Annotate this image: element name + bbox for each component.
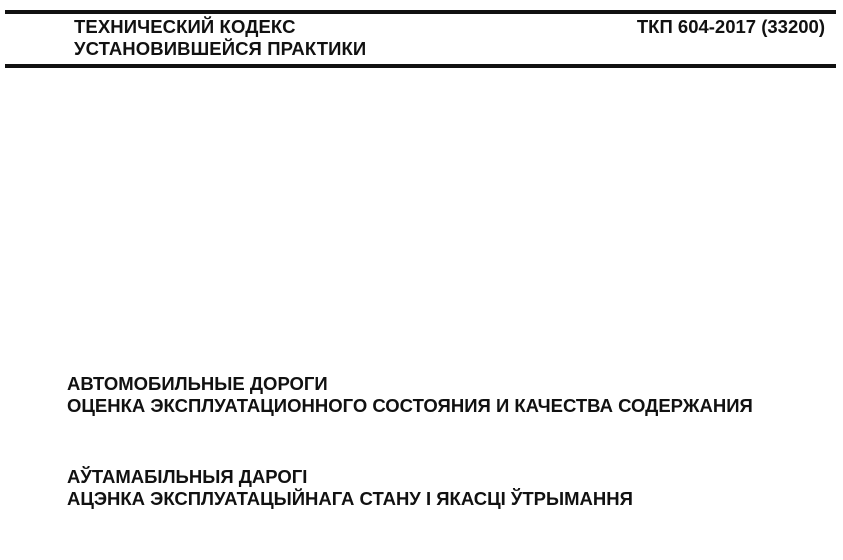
title-russian-line-1: АВТОМОБИЛЬНЫЕ ДОРОГИ xyxy=(67,373,753,395)
title-belarusian-line-2: АЦЭНКА ЭКСПЛУАТАЦЫЙНАГА СТАНУ І ЯКАСЦІ Ў… xyxy=(67,488,633,510)
document-type-line-1: ТЕХНИЧЕСКИЙ КОДЕКС xyxy=(74,16,366,38)
title-russian-line-2: ОЦЕНКА ЭКСПЛУАТАЦИОННОГО СОСТОЯНИЯ И КАЧ… xyxy=(67,395,753,417)
title-belarusian-line-1: АЎТАМАБІЛЬНЫЯ ДАРОГІ xyxy=(67,466,633,488)
title-russian: АВТОМОБИЛЬНЫЕ ДОРОГИ ОЦЕНКА ЭКСПЛУАТАЦИО… xyxy=(67,373,753,417)
document-type: ТЕХНИЧЕСКИЙ КОДЕКС УСТАНОВИВШЕЙСЯ ПРАКТИ… xyxy=(74,16,366,60)
header-bottom-rule xyxy=(5,64,836,68)
title-belarusian: АЎТАМАБІЛЬНЫЯ ДАРОГІ АЦЭНКА ЭКСПЛУАТАЦЫЙ… xyxy=(67,466,633,510)
document-type-line-2: УСТАНОВИВШЕЙСЯ ПРАКТИКИ xyxy=(74,38,366,60)
document-code: ТКП 604-2017 (33200) xyxy=(637,16,825,38)
header-top-rule xyxy=(5,10,836,14)
